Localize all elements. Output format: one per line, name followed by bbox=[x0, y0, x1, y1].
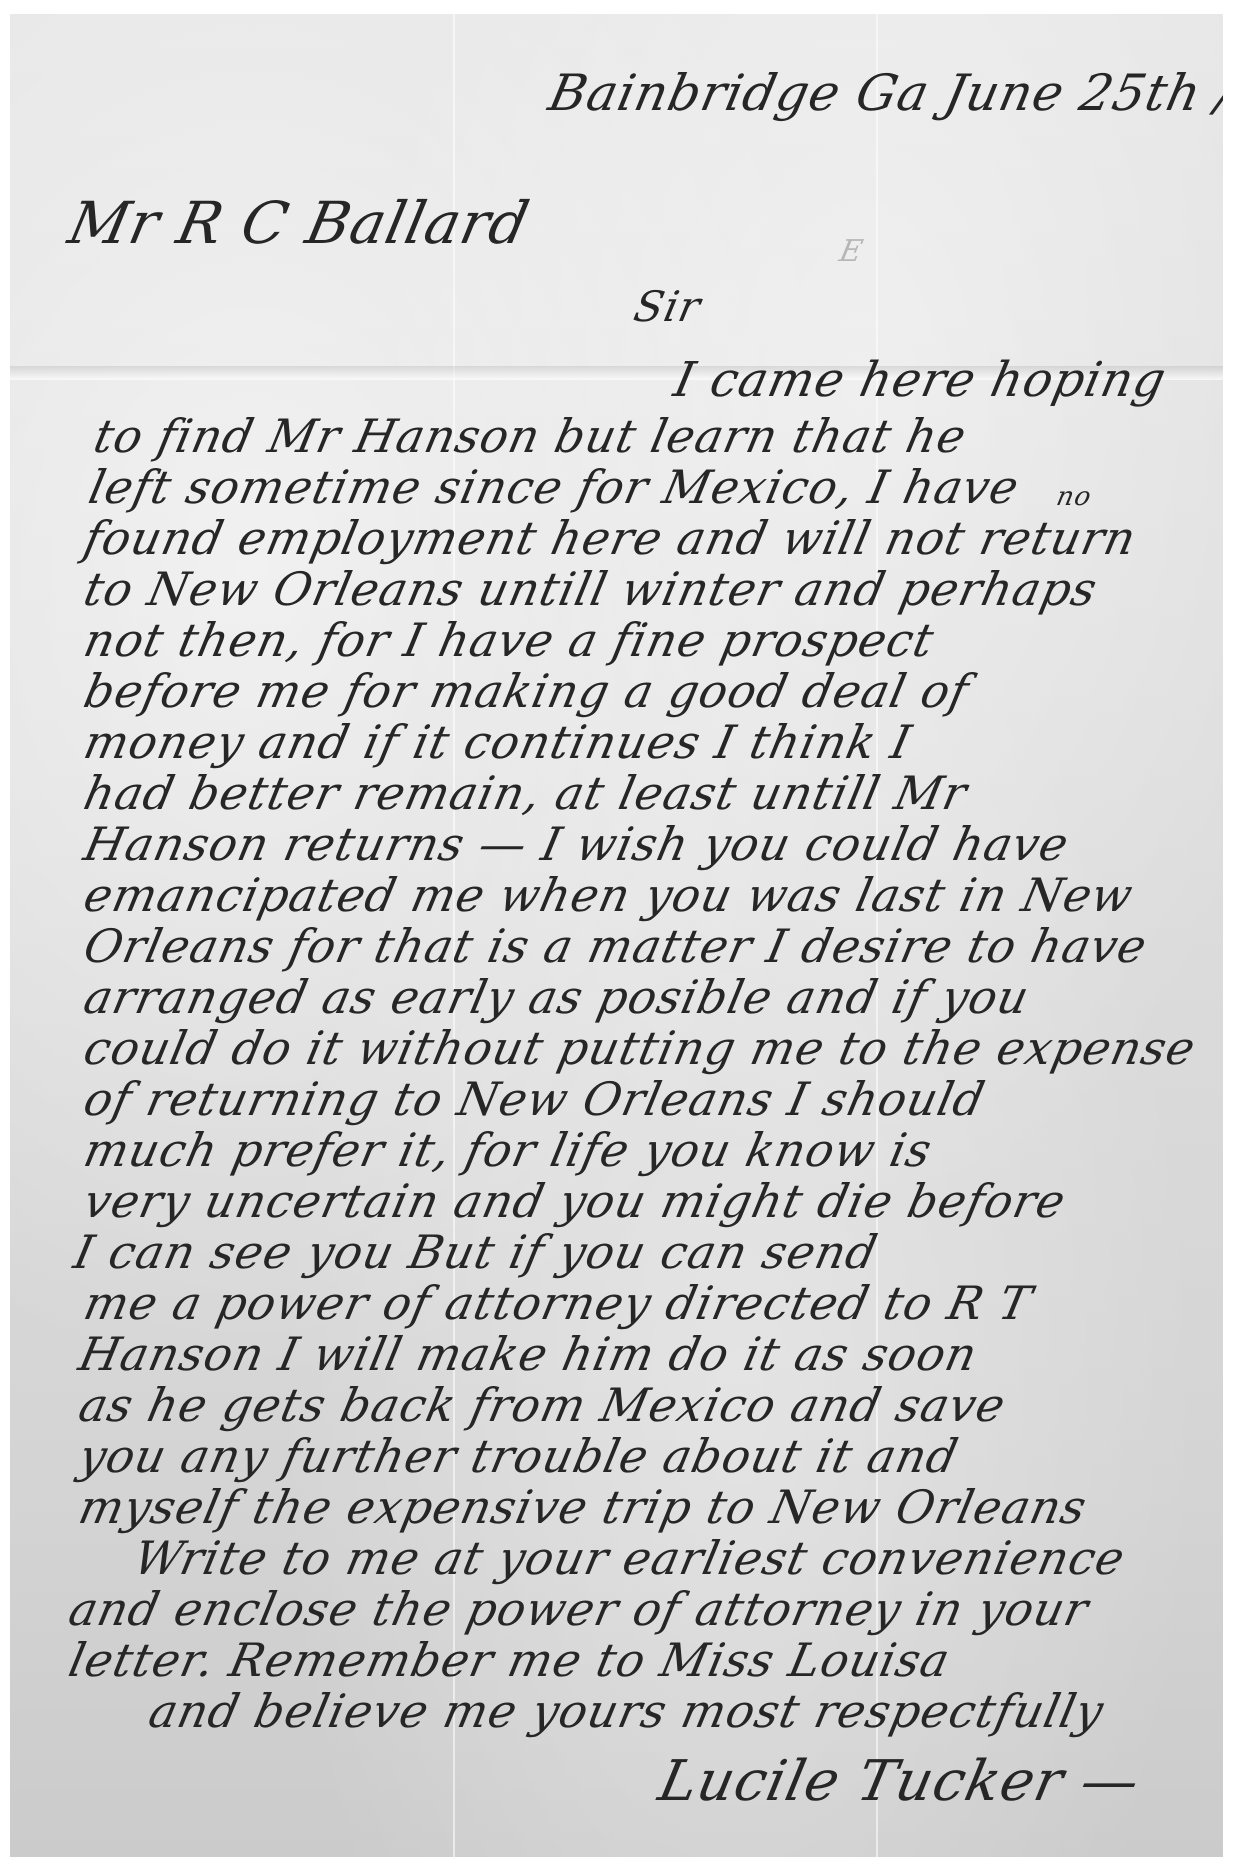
letter-line: to New Orleans untill winter and perhaps bbox=[79, 562, 1102, 616]
letter-line: I can see you But if you can send bbox=[69, 1225, 882, 1279]
letter-line: I came here hoping bbox=[669, 352, 1171, 408]
letter-line: to find Mr Hanson but learn that he bbox=[89, 409, 971, 463]
letter-line: very uncertain and you might die before bbox=[79, 1174, 1071, 1228]
letter-line: as he gets back from Mexico and save bbox=[74, 1378, 1010, 1432]
insertion-above-line: no bbox=[1054, 482, 1095, 512]
faint-margin-mark: E bbox=[836, 234, 866, 269]
letter-paper: Bainbridge Ga June 25th /47 Mr R C Balla… bbox=[10, 14, 1223, 1857]
letter-line: not then, for I have a fine prospect bbox=[79, 613, 939, 667]
closing-line: and believe me yours most respectfully bbox=[144, 1684, 1109, 1738]
letter-line: arranged as early as posible and if you bbox=[79, 970, 1034, 1024]
letter-line: and enclose the power of attorney in you… bbox=[64, 1582, 1094, 1636]
letter-line: Orleans for that is a matter I desire to… bbox=[79, 919, 1152, 973]
signature: Lucile Tucker — bbox=[653, 1749, 1146, 1814]
letter-line: Hanson returns — I wish you could have bbox=[79, 817, 1074, 871]
letter-line: left sometime since for Mexico, I have bbox=[84, 460, 1024, 514]
letter-line: Hanson I will make him do it as soon bbox=[74, 1327, 982, 1381]
letter-line: money and if it continues I think I bbox=[79, 715, 916, 769]
letter-line: you any further trouble about it and bbox=[74, 1429, 963, 1483]
letter-line: much prefer it, for life you know is bbox=[79, 1123, 937, 1177]
salutation: Sir bbox=[630, 282, 706, 331]
letter-line: me a power of attorney directed to R T bbox=[79, 1276, 1037, 1330]
addressee: Mr R C Ballard bbox=[63, 189, 536, 257]
letter-line: had better remain, at least untill Mr bbox=[79, 766, 972, 820]
letter-line: found employment here and will not retur… bbox=[79, 511, 1141, 565]
letter-line: letter. Remember me to Miss Louisa bbox=[64, 1633, 955, 1687]
letter-line: could do it without putting me to the ex… bbox=[79, 1021, 1201, 1075]
letter-line: Write to me at your earliest convenience bbox=[129, 1531, 1130, 1585]
letter-line: emancipated me when you was last in New bbox=[79, 868, 1138, 922]
letter-line: of returning to New Orleans I should bbox=[79, 1072, 990, 1126]
letter-line: before me for making a good deal of bbox=[79, 664, 974, 718]
letter-line: myself the expensive trip to New Orleans bbox=[74, 1480, 1092, 1534]
place-date-line: Bainbridge Ga June 25th /47 bbox=[544, 64, 1223, 122]
